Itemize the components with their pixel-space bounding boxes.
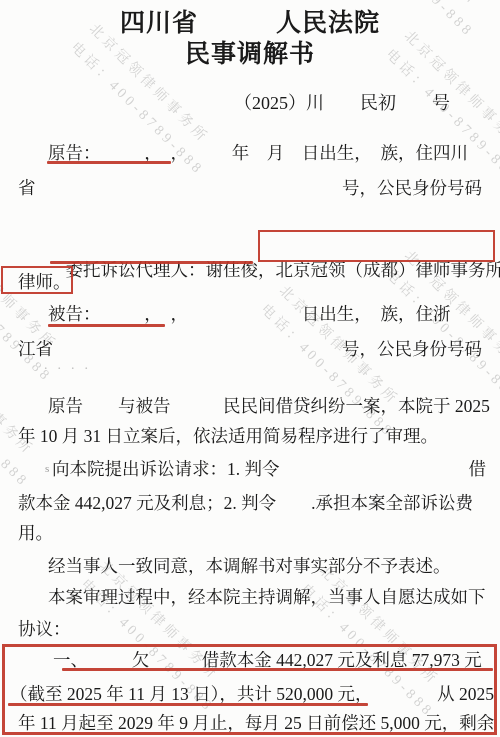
red-box-law-firm <box>258 230 495 262</box>
defendant-line2-right: 号，公民身份号码 <box>342 338 482 360</box>
case-intro-line-2: 年 10 月 31 日立案后，依法适用简易程序进行了审理。 <box>18 425 482 447</box>
redaction-dots: .... <box>44 358 98 374</box>
agent-line-2: 律师。 <box>18 271 482 293</box>
red-box-lawyer <box>1 266 73 294</box>
defendant-line2-left: 江省 <box>18 338 53 360</box>
red-underline-agreement-1 <box>62 668 493 671</box>
watermark-phone: 电话：400-8789-888 <box>0 348 35 495</box>
claim-line-3: 用。 <box>18 522 482 544</box>
case-number: （2025）川 民初 号 <box>18 92 482 114</box>
claim-line1-right: 借 <box>469 458 487 480</box>
defendant-line-1: 被告： ， ， 日出生， 族，住浙 <box>48 303 482 325</box>
court-title: 四川省 人民法院 <box>0 9 500 39</box>
red-underline-defendant <box>48 324 165 327</box>
red-underline-agreement-2 <box>8 703 368 706</box>
mediation-line-1: 本案审理过程中，经本院主持调解，当事人自愿达成如下 <box>48 586 482 608</box>
red-box-agreement <box>2 644 497 735</box>
plaintiff-line-2: 省 号，公民身份号码 <box>18 177 482 199</box>
claim-line1-left: 向本院提出诉讼请求：1. 判令 <box>52 458 280 480</box>
consent-line: 经当事人一致同意，本调解书对事实部分不予表述。 <box>48 555 482 577</box>
mediation-line-2: 协议： <box>18 618 482 640</box>
defendant-line-2: 江省 号，公民身份号码 <box>18 338 482 360</box>
civil-mediation-document: 北京冠领律师事务所电话：400-8789-888 北京冠领律师事务所电话：400… <box>0 0 500 737</box>
plaintiff-line2-left: 省 <box>18 177 36 199</box>
document-type-title: 民事调解书 <box>0 40 500 70</box>
red-underline-plaintiff <box>47 161 171 164</box>
plaintiff-line2-right: 号，公民身份号码 <box>342 177 482 199</box>
claim-line-1: 向本院提出诉讼请求：1. 判令 借 <box>52 458 486 480</box>
claim-line-2: 款本金 442,027 元及利息；2. 判令 .承担本案全部诉讼费 <box>18 492 482 514</box>
red-underline-agent <box>50 261 253 264</box>
case-intro-line-1: 原告 与被告 民民间借贷纠纷一案，本院于 2025 <box>48 395 482 417</box>
faint-redaction-mark: s <box>45 463 49 475</box>
